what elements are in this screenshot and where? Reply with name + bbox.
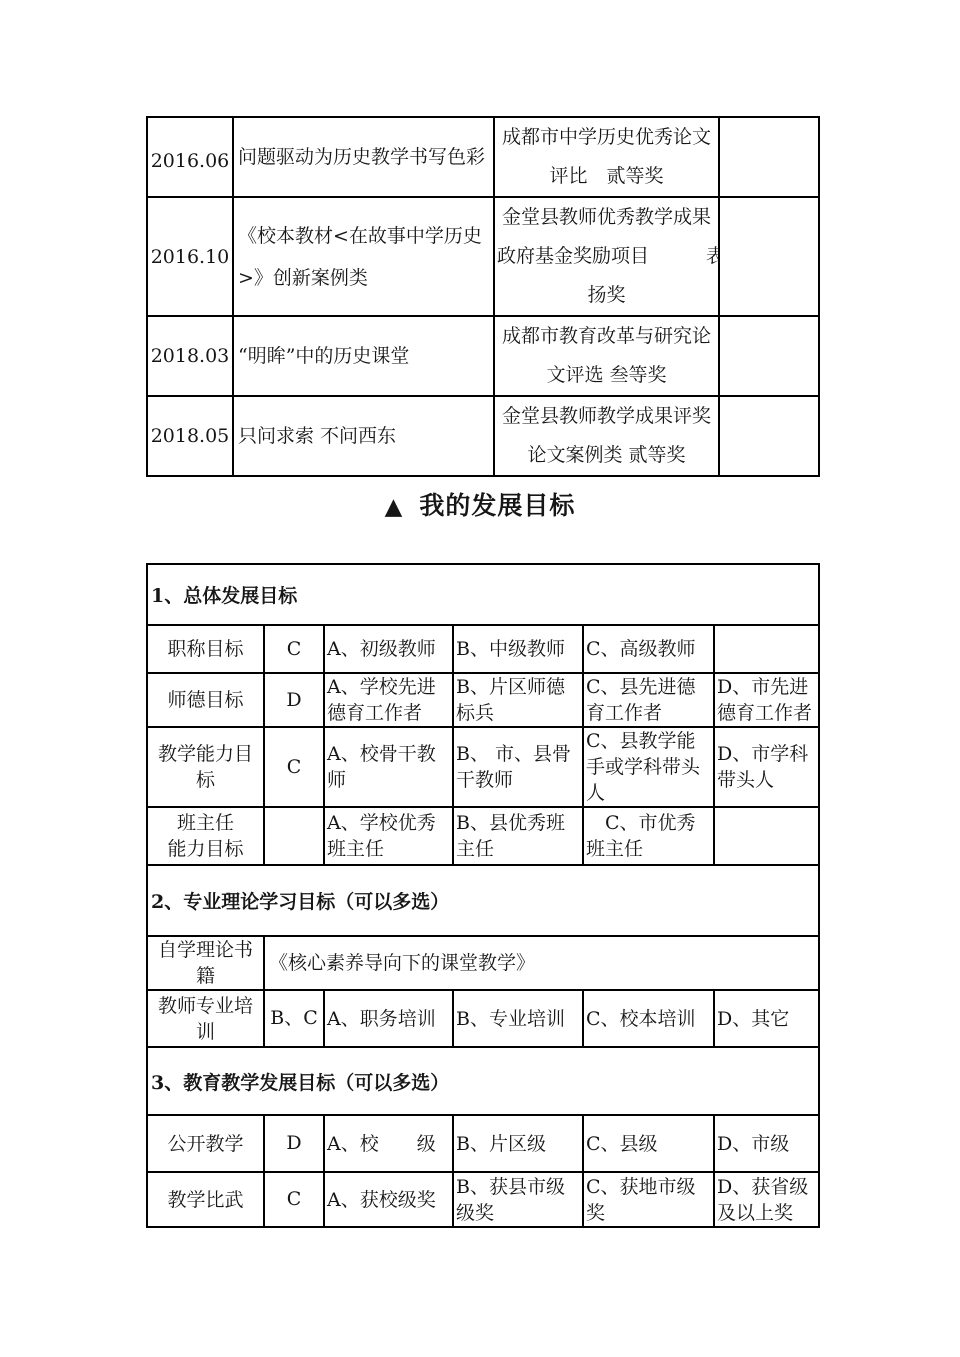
goal-option-c: C、县教学能手或学科带头人	[583, 727, 714, 807]
goal-selection: C	[264, 727, 324, 807]
award-row: 2016.10 《校本教材<在故事中学历史>》创新案例类 金堂县教师优秀教学成果…	[147, 197, 819, 316]
award-result-line: 扬奖	[497, 276, 716, 315]
goal-row: 教师专业培训 B、C A、职务培训 B、专业培训 C、校本培训 D、其它	[147, 990, 819, 1047]
goals-section-row: 1、总体发展目标	[147, 564, 819, 625]
goal-selection	[264, 807, 324, 865]
award-date: 2016.06	[147, 117, 233, 197]
goal-option-a: A、校骨干教师	[324, 727, 453, 807]
goal-row: 班主任 能力目标 A、学校优秀班主任 B、县优秀班主任 C、市优秀班主任	[147, 807, 819, 865]
goal-label: 自学理论书籍	[147, 936, 264, 990]
award-result: 成都市教育改革与研究论 文评选 叁等奖	[494, 316, 719, 396]
goal-option-b: B、片区师德标兵	[453, 673, 583, 727]
goal-selection: B、C	[264, 990, 324, 1047]
section-title-3: 3、教育教学发展目标（可以多选）	[147, 1047, 819, 1115]
goal-option-a: A、学校先进德育工作者	[324, 673, 453, 727]
goal-option-d: D、市级	[714, 1115, 819, 1172]
goal-option-b: B、县优秀班主任	[453, 807, 583, 865]
goal-selection: C	[264, 625, 324, 673]
triangle-marker-icon: ▲	[385, 493, 404, 520]
goal-option-a: A、获校级奖	[324, 1172, 453, 1227]
goal-option-c: C、市优秀班主任	[583, 807, 714, 865]
goal-option-a: A、初级教师	[324, 625, 453, 673]
goal-row: 自学理论书籍 《核心素养导向下的课堂教学》	[147, 936, 819, 990]
goal-label: 班主任 能力目标	[147, 807, 264, 865]
award-remark	[719, 197, 819, 316]
goals-section-row: 2、专业理论学习目标（可以多选）	[147, 865, 819, 936]
goal-option-d	[714, 625, 819, 673]
goal-option-a: A、校 级	[324, 1115, 453, 1172]
award-date: 2018.03	[147, 316, 233, 396]
document-page: 2016.06 问题驱动为历史教学书写色彩 成都市中学历史优秀论文 评比 贰等奖…	[0, 0, 960, 1357]
goal-option-c: C、校本培训	[583, 990, 714, 1047]
goal-option-b: B、获县市级级奖	[453, 1172, 583, 1227]
goal-label: 教学能力目标	[147, 727, 264, 807]
award-result-line: 成都市中学历史优秀论文	[497, 118, 716, 157]
award-result: 金堂县教师教学成果评奖 论文案例类 贰等奖	[494, 396, 719, 476]
goal-label: 教学比武	[147, 1172, 264, 1227]
award-date: 2016.10	[147, 197, 233, 316]
award-result-line: 成都市教育改革与研究论	[497, 317, 716, 356]
section-title-1: 1、总体发展目标	[147, 564, 819, 625]
award-row: 2018.05 只问求索 不问西东 金堂县教师教学成果评奖 论文案例类 贰等奖	[147, 396, 819, 476]
goal-row: 职称目标 C A、初级教师 B、中级教师 C、高级教师	[147, 625, 819, 673]
goal-option-d	[714, 807, 819, 865]
goal-option-d: D、市学科带头人	[714, 727, 819, 807]
award-result-line: 论文案例类 贰等奖	[497, 436, 716, 475]
award-work-title: 问题驱动为历史教学书写色彩	[233, 117, 494, 197]
goal-option-b: B、 市、县骨干教师	[453, 727, 583, 807]
goal-row: 教学比武 C A、获校级奖 B、获县市级级奖 C、获地市级奖 D、获省级及以上奖	[147, 1172, 819, 1227]
goal-label: 师德目标	[147, 673, 264, 727]
award-remark	[719, 117, 819, 197]
award-result-line: 金堂县教师教学成果评奖	[497, 397, 716, 436]
awards-table: 2016.06 问题驱动为历史教学书写色彩 成都市中学历史优秀论文 评比 贰等奖…	[146, 116, 820, 477]
goal-selection: C	[264, 1172, 324, 1227]
goal-option-c: C、获地市级奖	[583, 1172, 714, 1227]
self-study-book-title: 《核心素养导向下的课堂教学》	[264, 936, 819, 990]
goal-label-line: 能力目标	[150, 836, 261, 862]
goal-option-b: B、中级教师	[453, 625, 583, 673]
goals-table: 1、总体发展目标 职称目标 C A、初级教师 B、中级教师 C、高级教师 师德目…	[146, 563, 820, 1228]
goals-section-row: 3、教育教学发展目标（可以多选）	[147, 1047, 819, 1115]
goal-row: 师德目标 D A、学校先进德育工作者 B、片区师德标兵 C、县先进德育工作者 D…	[147, 673, 819, 727]
goal-label: 公开教学	[147, 1115, 264, 1172]
award-work-title: 《校本教材<在故事中学历史>》创新案例类	[233, 197, 494, 316]
award-remark	[719, 316, 819, 396]
goal-selection: D	[264, 673, 324, 727]
goal-option-a: A、职务培训	[324, 990, 453, 1047]
goal-option-d: D、获省级及以上奖	[714, 1172, 819, 1227]
goal-option-a: A、学校优秀班主任	[324, 807, 453, 865]
award-result: 成都市中学历史优秀论文 评比 贰等奖	[494, 117, 719, 197]
goal-option-c: C、高级教师	[583, 625, 714, 673]
goal-row: 公开教学 D A、校 级 B、片区级 C、县级 D、市级	[147, 1115, 819, 1172]
page-title-text: 我的发展目标	[419, 491, 575, 520]
goal-label: 职称目标	[147, 625, 264, 673]
goal-option-c: C、县级	[583, 1115, 714, 1172]
goal-option-d: D、市先进德育工作者	[714, 673, 819, 727]
award-work-title: “明眸”中的历史课堂	[233, 316, 494, 396]
goal-selection: D	[264, 1115, 324, 1172]
goal-option-c: C、县先进德育工作者	[583, 673, 714, 727]
goal-label: 教师专业培训	[147, 990, 264, 1047]
award-result-line: 评比 贰等奖	[497, 157, 716, 196]
award-date: 2018.05	[147, 396, 233, 476]
award-remark	[719, 396, 819, 476]
award-work-title: 只问求索 不问西东	[233, 396, 494, 476]
section-title-2: 2、专业理论学习目标（可以多选）	[147, 865, 819, 936]
goal-option-d: D、其它	[714, 990, 819, 1047]
goal-row: 教学能力目标 C A、校骨干教师 B、 市、县骨干教师 C、县教学能手或学科带头…	[147, 727, 819, 807]
goal-option-b: B、片区级	[453, 1115, 583, 1172]
award-result: 金堂县教师优秀教学成果 政府基金奖励项目 表 扬奖	[494, 197, 719, 316]
award-row: 2018.03 “明眸”中的历史课堂 成都市教育改革与研究论 文评选 叁等奖	[147, 316, 819, 396]
goal-label-line: 班主任	[150, 810, 261, 836]
goal-option-b: B、专业培训	[453, 990, 583, 1047]
page-title: ▲我的发展目标	[0, 484, 960, 528]
award-result-line: 政府基金奖励项目 表	[497, 237, 716, 276]
award-result-line: 金堂县教师优秀教学成果	[497, 198, 716, 237]
award-result-line: 文评选 叁等奖	[497, 356, 716, 395]
award-row: 2016.06 问题驱动为历史教学书写色彩 成都市中学历史优秀论文 评比 贰等奖	[147, 117, 819, 197]
